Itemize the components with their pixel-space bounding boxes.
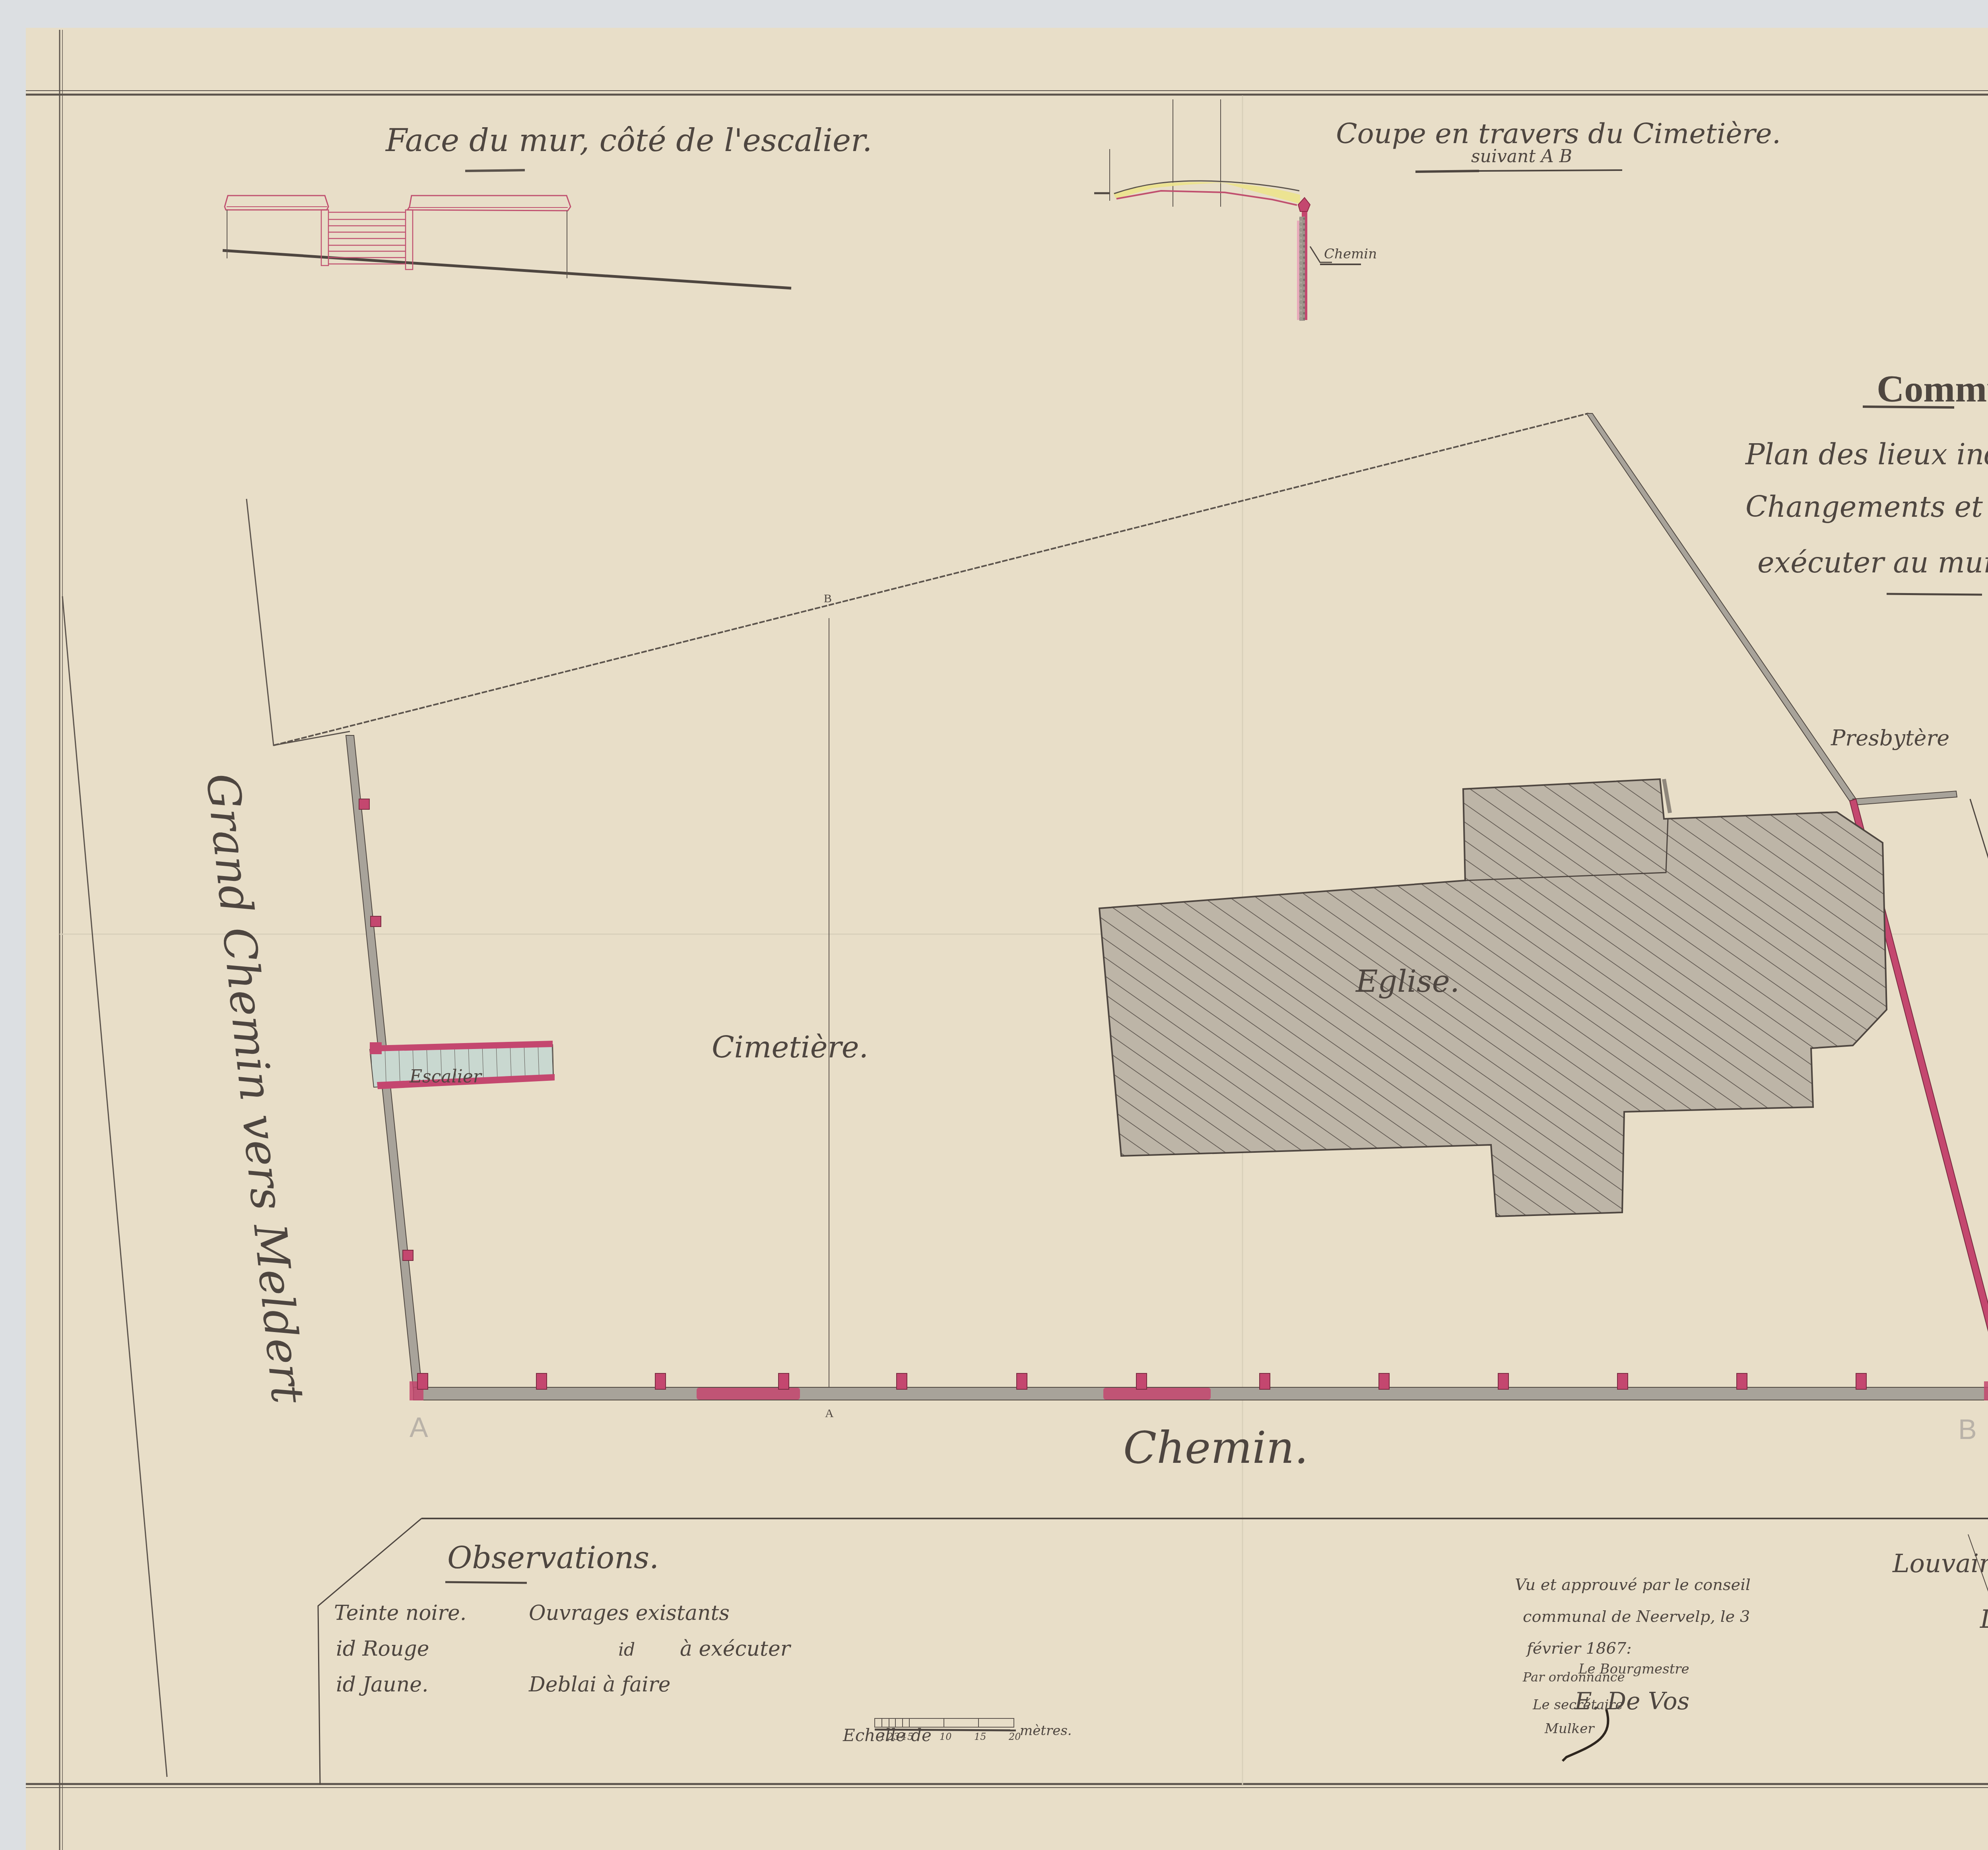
point-a-label: A — [825, 1407, 834, 1420]
commune-title: Commune de Neervelp — [1877, 367, 1988, 410]
legend-row-2-ditto: id — [618, 1640, 635, 1660]
scale-tick-4: 4 — [900, 1731, 907, 1742]
legend-row-3-meaning: Deblai à faire — [528, 1673, 671, 1697]
scale-tick-3: 3 — [893, 1731, 899, 1742]
scale-unit: mètres. — [1020, 1723, 1072, 1739]
scale-tick-5: 5 — [907, 1731, 913, 1742]
plan-description-line-3: exécuter au mur du cimetière communal. — [1757, 546, 1988, 579]
approval-line-2: communal de Neervelp, le 3 — [1523, 1608, 1750, 1626]
elevation-title: Face du mur, côté de l'escalier. — [385, 123, 872, 159]
place-date: Louvain, le 14 Décembre 1866 — [1892, 1549, 1988, 1579]
legend-row-2-meaning: à exécuter — [680, 1637, 792, 1661]
pencil-mark-b: B — [1958, 1414, 1977, 1445]
section-title: Coupe en travers du Cimetière. — [1336, 117, 1781, 150]
architect-title: L'Architecte d'Arrondissement, — [1980, 1605, 1988, 1634]
cemetery-plan-sheet: Face du mur, côté de l'escalier. Coupe — [0, 0, 1988, 1850]
legend-row-1-tint: Teinte noire. — [334, 1601, 466, 1625]
section-road-label: Chemin — [1324, 246, 1377, 262]
pencil-mark-a: A — [410, 1412, 428, 1443]
scale-tick-2: 2 — [887, 1731, 893, 1742]
presbytery-label: Presbytère — [1831, 725, 1949, 750]
church-label: Eglise. — [1355, 964, 1460, 999]
road-bottom-label: Chemin. — [1123, 1422, 1308, 1473]
secretary-title: Le secrétaire — [1532, 1697, 1623, 1713]
mayor-title: Le Bourgmestre — [1578, 1661, 1689, 1677]
plan-description-line-2: Changements et de restaurations à — [1745, 490, 1988, 524]
point-b-label: B — [824, 592, 832, 605]
legend-row-3-tint: id Jaune. — [336, 1673, 429, 1697]
approval-line-3: février 1867: — [1526, 1639, 1632, 1658]
legend-row-2-tint: id Rouge — [336, 1637, 429, 1661]
scale-tick-15: 15 — [974, 1731, 986, 1742]
section-subtitle: suivant A B — [1471, 146, 1572, 167]
scale-tick-1: 1 — [880, 1731, 886, 1742]
stair-label: Escalier — [409, 1067, 483, 1087]
cemetery-label: Cimetière. — [712, 1030, 868, 1065]
plan-description-line-1: Plan des lieux indiquant les ouvrages de — [1745, 438, 1988, 471]
legend-title: Observations. — [447, 1540, 659, 1575]
legend-row-1-meaning: Ouvrages existants — [529, 1601, 730, 1625]
approval-line-1: Vu et approuvé par le conseil — [1515, 1576, 1751, 1594]
scale-tick-10: 10 — [940, 1731, 952, 1742]
scale-tick-20: 20 — [1008, 1731, 1021, 1742]
secretary-signature: Mulker — [1544, 1721, 1595, 1737]
